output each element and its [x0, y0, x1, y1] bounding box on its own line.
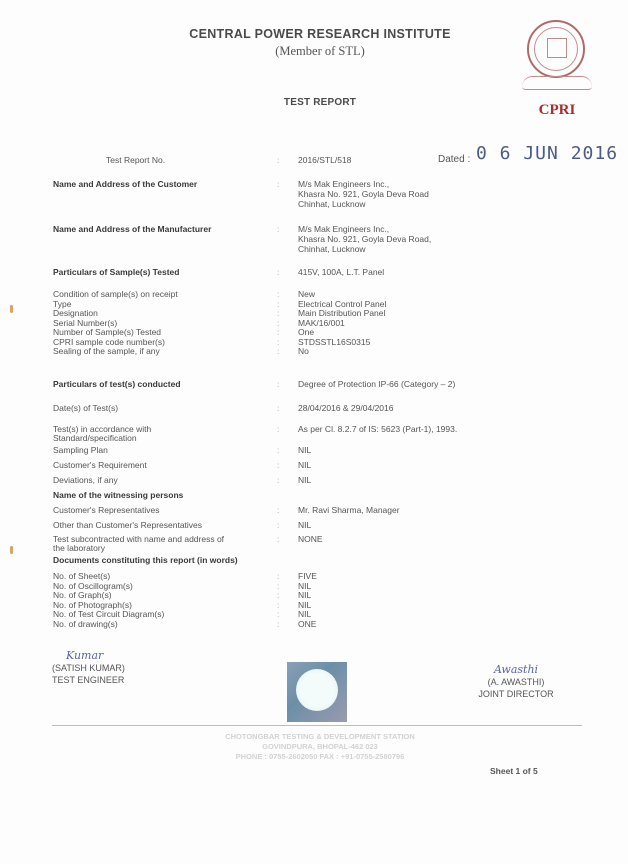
tests-value: Degree of Protection IP-66 (Category – 2… — [298, 380, 455, 390]
logo-emblem — [547, 38, 567, 58]
sheet-number: Sheet 1 of 5 — [490, 766, 538, 776]
field-label: Sealing of the sample, if any — [53, 347, 160, 357]
footer-divider — [52, 725, 582, 726]
colon: : — [277, 521, 279, 531]
margin-mark — [10, 546, 13, 554]
institute-member: (Member of STL) — [150, 44, 490, 59]
colon: : — [277, 347, 279, 357]
date-stamp: 0 6 JUN 2016 — [476, 143, 618, 164]
standard-value: As per Cl. 8.2.7 of IS: 5623 (Part-1), 1… — [298, 425, 457, 435]
tests-label: Particulars of test(s) conducted — [53, 380, 181, 390]
logo-text: CPRI — [522, 102, 592, 119]
field-value: ONE — [298, 620, 316, 630]
logo-ribbon — [522, 76, 592, 90]
cpri-logo: CPRI — [522, 20, 592, 120]
field-label: Customer's Representatives — [53, 506, 160, 516]
colon: : — [277, 506, 279, 516]
colon: : — [277, 156, 279, 166]
manufacturer-label: Name and Address of the Manufacturer — [53, 225, 211, 235]
colon: : — [277, 535, 279, 545]
test-engineer-title: TEST ENGINEER — [52, 674, 125, 686]
colon: : — [277, 620, 279, 630]
field-label: Sampling Plan — [53, 446, 108, 456]
joint-director-signature: Awasthi — [466, 664, 566, 676]
footer-line-3: PHONE : 0755-2602050 FAX : +91-0755-2580… — [170, 752, 470, 762]
colon: : — [277, 268, 279, 278]
customer-label: Name and Address of the Customer — [53, 180, 197, 190]
subcontract-value: NONE — [298, 535, 323, 545]
standard-label-2: Standard/specification — [53, 434, 137, 444]
joint-director-signature-block: Awasthi (A. AWASTHI) JOINT DIRECTOR — [466, 664, 566, 700]
field-value: No — [298, 347, 309, 357]
footer-address: CHOTONGBAR TESTING & DEVELOPMENT STATION… — [170, 732, 470, 762]
colon: : — [277, 380, 279, 390]
footer-line-1: CHOTONGBAR TESTING & DEVELOPMENT STATION — [170, 732, 470, 742]
field-label: Other than Customer's Representatives — [53, 521, 202, 531]
field-label: Condition of sample(s) on receipt — [53, 290, 178, 300]
test-report-page: CENTRAL POWER RESEARCH INSTITUTE (Member… — [0, 0, 628, 864]
colon: : — [277, 425, 279, 435]
witness-heading: Name of the witnessing persons — [53, 491, 183, 501]
field-value: Mr. Ravi Sharma, Manager — [298, 506, 400, 516]
field-label: Deviations, if any — [53, 476, 118, 486]
field-label: Customer's Requirement — [53, 461, 147, 471]
colon: : — [277, 461, 279, 471]
report-title: TEST REPORT — [150, 97, 490, 108]
joint-director-name: (A. AWASTHI) — [466, 676, 566, 688]
colon: : — [277, 225, 279, 235]
test-dates-label: Date(s) of Test(s) — [53, 404, 118, 414]
test-engineer-signature-block: Kumar (SATISH KUMAR) TEST ENGINEER — [52, 650, 125, 686]
test-engineer-signature: Kumar — [52, 650, 125, 662]
sample-value: 415V, 100A, L.T. Panel — [298, 268, 384, 278]
test-dates-value: 28/04/2016 & 29/04/2016 — [298, 404, 393, 414]
documents-heading: Documents constituting this report (in w… — [53, 556, 238, 566]
test-engineer-name: (SATISH KUMAR) — [52, 662, 125, 674]
subcontract-label-2: the laboratory — [53, 544, 105, 554]
hologram-seal-icon — [287, 662, 347, 722]
colon: : — [277, 404, 279, 414]
field-value: NIL — [298, 476, 311, 486]
manufacturer-line-3: Chinhat, Lucknow — [298, 245, 366, 255]
field-value: NIL — [298, 461, 311, 471]
colon: : — [277, 476, 279, 486]
joint-director-title: JOINT DIRECTOR — [466, 688, 566, 700]
dated-label: Dated : — [438, 154, 470, 165]
field-label: No. of drawing(s) — [53, 620, 118, 630]
field-value: NIL — [298, 446, 311, 456]
field-value: NIL — [298, 521, 311, 531]
colon: : — [277, 180, 279, 190]
colon: : — [277, 446, 279, 456]
report-number-label: Test Report No. — [106, 156, 326, 166]
sample-label: Particulars of Sample(s) Tested — [53, 268, 179, 278]
institute-name: CENTRAL POWER RESEARCH INSTITUTE — [150, 27, 490, 41]
footer-line-2: GOVINDPURA, BHOPAL-462 023 — [170, 742, 470, 752]
report-number-value: 2016/STL/518 — [298, 156, 351, 166]
customer-line-3: Chinhat, Lucknow — [298, 200, 366, 210]
margin-mark — [10, 305, 13, 313]
